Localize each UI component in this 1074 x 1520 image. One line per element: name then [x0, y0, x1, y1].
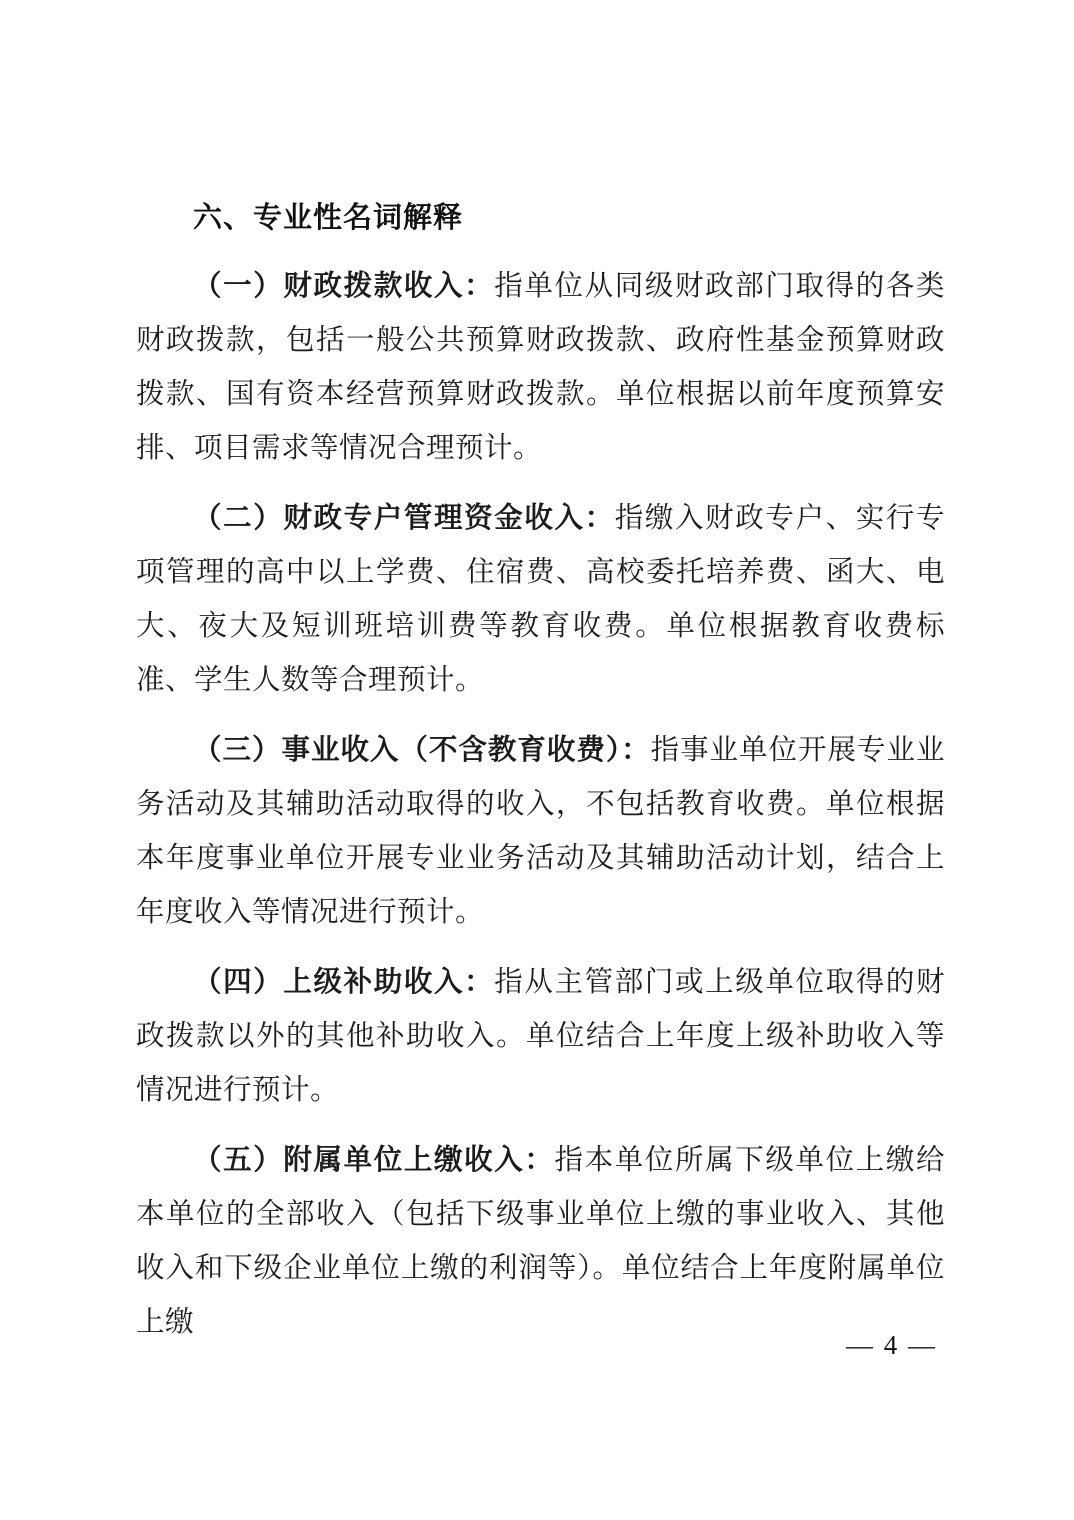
definition-paragraph: （二）财政专户管理资金收入：指缴入财政专户、实行专项管理的高中以上学费、住宿费、… [136, 492, 945, 708]
term-label: （二）财政专户管理资金收入： [193, 503, 615, 534]
term-label: （一）财政拨款收入： [193, 271, 494, 302]
definition-paragraph: （四）上级补助收入：指从主管部门或上级单位取得的财政拨款以外的其他补助收入。单位… [136, 956, 945, 1118]
definition-paragraph: （三）事业收入（不含教育收费）：指事业单位开展专业业务活动及其辅助活动取得的收入… [136, 724, 945, 940]
document-page: 六、专业性名词解释 （一）财政拨款收入：指单位从同级财政部门取得的各类财政拨款，… [0, 0, 1074, 1520]
definition-paragraph: （五）附属单位上缴收入：指本单位所属下级单位上缴给本单位的全部收入（包括下级事业… [136, 1134, 945, 1350]
section-heading: 六、专业性名词解释 [136, 196, 945, 240]
term-label: （四）上级补助收入： [193, 967, 494, 998]
page-number: — 4 — [846, 1330, 937, 1361]
term-label: （五）附属单位上缴收入： [193, 1145, 555, 1176]
term-label: （三）事业收入（不含教育收费）： [193, 735, 651, 766]
document-body: 六、专业性名词解释 （一）财政拨款收入：指单位从同级财政部门取得的各类财政拨款，… [136, 196, 945, 1366]
definition-paragraph: （一）财政拨款收入：指单位从同级财政部门取得的各类财政拨款，包括一般公共预算财政… [136, 260, 945, 476]
